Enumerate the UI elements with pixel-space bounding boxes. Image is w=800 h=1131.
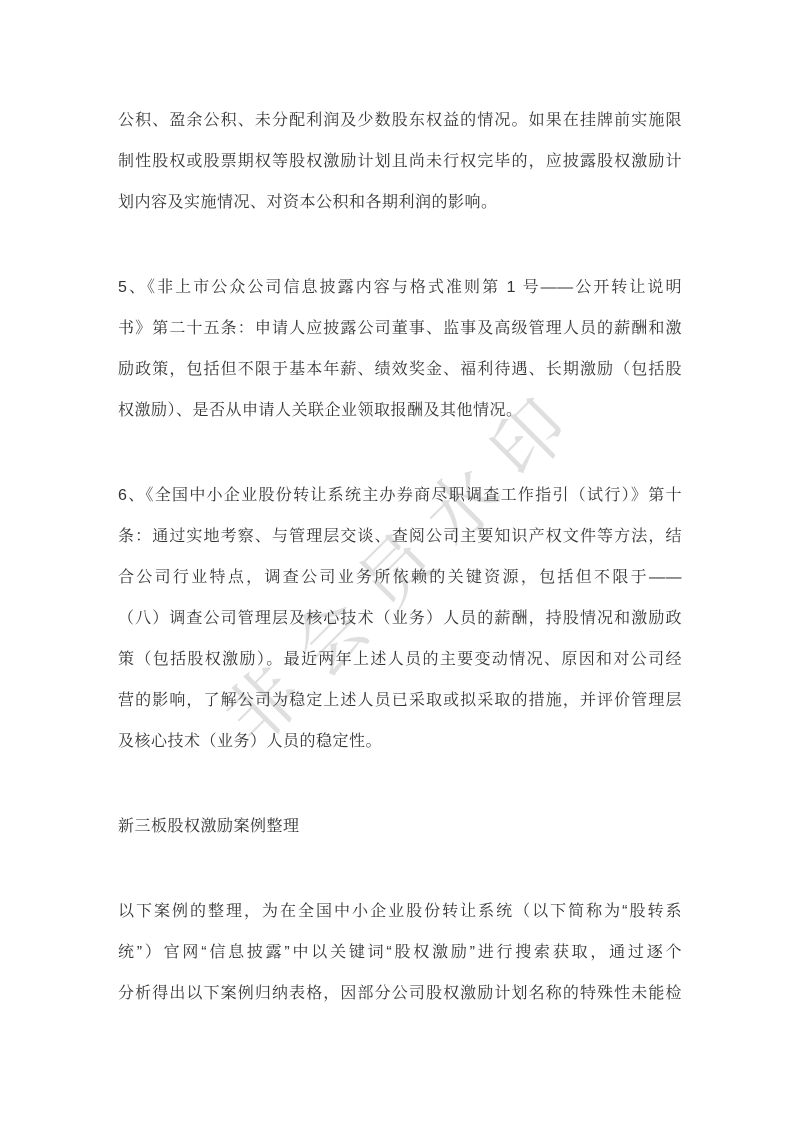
text-line: 统”）官网“信息披露”中以关键词“股权激励”进行搜索获取，通过逐个 xyxy=(118,932,682,973)
text-line: 划内容及实施情况、对资本公积和各期利润的影响。 xyxy=(118,182,682,223)
document-page: 非会员水印 公积、盈余公积、未分配利润及少数股东权益的情况。如果在挂牌前实施限制… xyxy=(0,0,800,1131)
text-line: 6、《全国中小企业股份转让系统主办券商尽职调查工作指引（试行）》第十 xyxy=(118,475,682,516)
text-line: 书》第二十五条：申请人应披露公司董事、监事及高级管理人员的薪酬和激 xyxy=(118,308,682,349)
text-line: 分析得出以下案例归纳表格，因部分公司股权激励计划名称的特殊性未能检 xyxy=(118,973,682,1014)
paragraph: 以下案例的整理，为在全国中小企业股份转让系统（以下简称为“股转系统”）官网“信息… xyxy=(118,891,682,1014)
paragraph: 6、《全国中小企业股份转让系统主办券商尽职调查工作指引（试行）》第十条：通过实地… xyxy=(118,475,682,762)
text-line: 及核心技术（业务）人员的稳定性。 xyxy=(118,721,682,762)
text-line: 制性股权或股票期权等股权激励计划且尚未行权完毕的，应披露股权激励计 xyxy=(118,141,682,182)
text-line: 策（包括股权激励）。最近两年上述人员的主要变动情况、原因和对公司经 xyxy=(118,639,682,680)
text-line: 新三板股权激励案例整理 xyxy=(118,806,682,847)
paragraph: 公积、盈余公积、未分配利润及少数股东权益的情况。如果在挂牌前实施限制性股权或股票… xyxy=(118,100,682,223)
paragraph: 5、《非上市公众公司信息披露内容与格式准则第 1 号——公开转让说明书》第二十五… xyxy=(118,267,682,431)
text-line: 营的影响，了解公司为稳定上述人员已采取或拟采取的措施，并评价管理层 xyxy=(118,680,682,721)
section-heading: 新三板股权激励案例整理 xyxy=(118,806,682,847)
text-line: 励政策，包括但不限于基本年薪、绩效奖金、福利待遇、长期激励（包括股 xyxy=(118,349,682,390)
text-line: 权激励）、是否从申请人关联企业领取报酬及其他情况。 xyxy=(118,390,682,431)
text-line: 合公司行业特点，调查公司业务所依赖的关键资源，包括但不限于—— xyxy=(118,557,682,598)
text-line: 条：通过实地考察、与管理层交谈、查阅公司主要知识产权文件等方法，结 xyxy=(118,516,682,557)
text-line: 公积、盈余公积、未分配利润及少数股东权益的情况。如果在挂牌前实施限 xyxy=(118,100,682,141)
document-body: 公积、盈余公积、未分配利润及少数股东权益的情况。如果在挂牌前实施限制性股权或股票… xyxy=(118,100,682,1014)
text-line: 5、《非上市公众公司信息披露内容与格式准则第 1 号——公开转让说明 xyxy=(118,267,682,308)
text-line: （八）调查公司管理层及核心技术（业务）人员的薪酬，持股情况和激励政 xyxy=(118,598,682,639)
text-line: 以下案例的整理，为在全国中小企业股份转让系统（以下简称为“股转系 xyxy=(118,891,682,932)
